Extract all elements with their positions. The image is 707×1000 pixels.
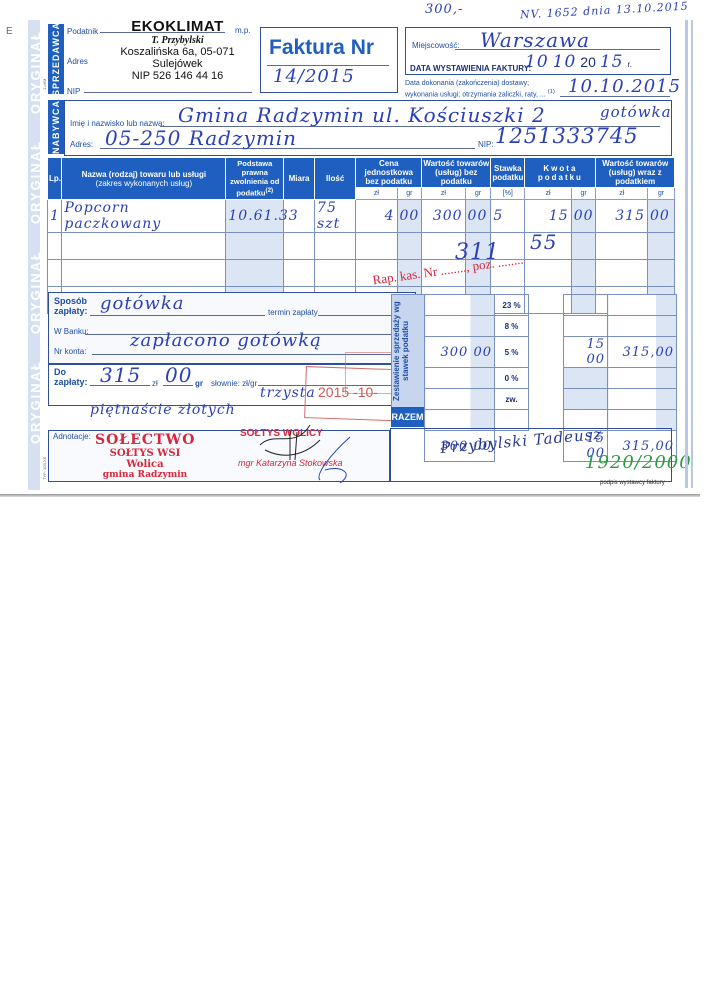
village-stamp: SOŁECTWO SOŁTYS WSI Wolica gmina Radzymi… [95, 432, 195, 480]
top-annotation-ref: NV. 1652 dnia 13.10.2015 [520, 0, 689, 21]
place-field[interactable]: Warszawa [480, 28, 590, 52]
form-code: TYP: 103-XE [42, 420, 47, 480]
col-qty: Ilość [315, 158, 356, 200]
cell-unit-price-gr[interactable]: 00 [397, 200, 422, 233]
issue-date-field[interactable]: 10 10 20 15 r. [525, 52, 632, 72]
issue-month: 10 [553, 52, 577, 72]
issue-year: 15 [600, 52, 624, 72]
buyer-address-label: Adres: [70, 140, 93, 149]
summary-tax[interactable]: 15 00 [564, 337, 608, 368]
cell-lp[interactable]: 1 [48, 200, 62, 233]
right-rule [691, 20, 693, 488]
taxpayer-label: Podatnik [67, 27, 98, 36]
buyer-address-field[interactable]: 05-250 Radzymin [105, 126, 297, 150]
original-label: ORYGINAŁ [28, 140, 43, 224]
cell-gross-gr[interactable] [648, 233, 675, 260]
cash-report-number: 311 [455, 240, 500, 265]
cell-basis[interactable] [226, 233, 284, 260]
col-net-value: Wartość towarów (usług) bez podatku [422, 158, 491, 188]
invoice-sheet: E ORYGINAŁ ORYGINAŁ ORYGINAŁ ORYGINAŁ 1-… [0, 0, 700, 495]
account-field[interactable]: zapłacono gotówką [130, 330, 322, 351]
summary-rate: 8 % [495, 316, 529, 337]
issue-day: 10 [525, 52, 549, 72]
cell-basis[interactable]: 10.61.33 [226, 200, 284, 233]
cell-unit[interactable] [284, 260, 315, 287]
summary-rate: 0 % [495, 368, 529, 389]
summary-gross[interactable] [608, 389, 677, 410]
invoice-title: Faktura Nr [269, 36, 374, 60]
cell-name[interactable] [62, 260, 226, 287]
account-label: Nr konta: [54, 347, 86, 356]
col-tax: Kwota podatku [525, 158, 596, 188]
cell-name[interactable]: Popcorn paczkowany [62, 200, 226, 233]
col-name: Nazwa (rodzaj) towaru lub usługi(zakres … [62, 158, 226, 200]
cell-tax-gr[interactable] [571, 233, 596, 260]
table-row [48, 260, 675, 287]
delivery-date-field[interactable]: 10.10.2015 [568, 76, 681, 97]
summary-side-label: Zestawienie sprzedaży wg stawek podatku [392, 296, 422, 406]
to-pay-zl-field[interactable]: 315 [100, 363, 141, 387]
buyer-nip-field[interactable]: 1251333745 [495, 124, 639, 148]
address-label: Adres [67, 57, 88, 66]
right-rule [685, 20, 688, 488]
annotations-label: Adnotacje: [53, 432, 91, 441]
cell-qty[interactable] [315, 233, 356, 260]
summary-rate: 5 % [495, 337, 529, 368]
original-strip: ORYGINAŁ ORYGINAŁ ORYGINAŁ ORYGINAŁ [28, 20, 40, 490]
col-gross: Wartość towarów (usług) wraz z podatkiem [596, 158, 675, 188]
seller-address: Koszalińska 6a, 05-071 Sulejówek [95, 46, 260, 70]
invoice-number-box: Faktura Nr 14/2015 [260, 27, 398, 93]
cell-tax-zl[interactable]: 15 [525, 200, 571, 233]
col-unit-price: Cena jednostkowa bez podatku [356, 158, 422, 188]
buyer-section-label: NABYWCA [48, 100, 64, 154]
cell-net-gr[interactable]: 00 [465, 200, 491, 233]
summary-rate: zw. [495, 389, 529, 410]
summary-row: 0 % [425, 368, 677, 389]
summary-tax[interactable] [564, 389, 608, 410]
nip-label: NIP [67, 87, 80, 96]
issue-year-prefix: 20 [580, 54, 596, 70]
cell-qty[interactable]: 75 szt [315, 200, 356, 233]
seller-nip: NIP 526 146 44 16 [95, 70, 260, 82]
cell-unit-price-gr[interactable] [397, 233, 422, 260]
cell-gross-gr[interactable]: 00 [648, 200, 675, 233]
col-unit: Miara [284, 158, 315, 200]
original-label: ORYGINAŁ [28, 250, 43, 334]
page-bottom-edge [0, 494, 700, 497]
payment-method-field[interactable]: gotówka [100, 293, 184, 314]
col-basis: Podstawa prawna zwolnienia od podatku(2) [226, 158, 284, 200]
buyer-nip-label: NIP: [478, 140, 494, 149]
cell-basis[interactable] [226, 260, 284, 287]
summary-row: 300 005 %15 00315,00 [425, 337, 677, 368]
issue-date-suffix: r. [628, 60, 632, 69]
cell-qty[interactable] [315, 260, 356, 287]
form-code-top: 1-of/M [42, 30, 47, 90]
summary-gross[interactable]: 315,00 [608, 337, 677, 368]
green-note: 1920/2000 [585, 452, 692, 473]
summary-row: zw. [425, 389, 677, 410]
issuer-signature-label: podpis wystawcy faktury [600, 480, 665, 486]
buyer-signature [310, 435, 360, 485]
col-lp: Lp. [48, 158, 62, 200]
summary-tax[interactable] [564, 316, 608, 337]
issue-date-label: DATA WYSTAWIENIA FAKTURY: [410, 64, 531, 73]
cell-lp[interactable] [48, 260, 62, 287]
cell-lp[interactable] [48, 233, 62, 260]
cell-gross-zl[interactable] [596, 260, 648, 287]
seller-company-name: EKOKLIMAT [95, 18, 260, 35]
seller-owner: T. Przybylski [95, 35, 260, 46]
date-stamp: 2015 -10- [318, 384, 378, 400]
buyer-name-field[interactable]: Gmina Radzymin ul. Kościuszki 2 [178, 103, 546, 127]
to-pay-gr-field[interactable]: 00 [165, 363, 192, 387]
table-row: 1Popcorn paczkowany10.61.3375 szt4003000… [48, 200, 675, 233]
cell-rate[interactable]: 5 [491, 200, 525, 233]
cell-tax-zl[interactable] [525, 260, 571, 287]
cell-gross-zl[interactable] [596, 233, 648, 260]
summary-gross[interactable] [608, 295, 677, 316]
top-annotation-amount: 300,- [425, 2, 463, 17]
summary-tax[interactable] [564, 295, 608, 316]
original-label: ORYGINAŁ [28, 360, 43, 444]
total-label: RAZEM [391, 407, 424, 427]
summary-tax[interactable] [564, 368, 608, 389]
place-label: Miejscowość: [412, 41, 460, 50]
summary-net[interactable] [425, 316, 495, 337]
summary-net[interactable] [425, 368, 495, 389]
table-row [48, 233, 675, 260]
cell-name[interactable] [62, 233, 226, 260]
summary-row: 8 % [425, 316, 677, 337]
cell-unit-price-zl[interactable] [356, 233, 397, 260]
cell-gross-gr[interactable] [648, 260, 675, 287]
to-pay-label: Do zapłaty: [54, 367, 94, 387]
summary-net[interactable] [425, 295, 495, 316]
summary-gross[interactable] [608, 316, 677, 337]
summary-gross[interactable] [608, 368, 677, 389]
cell-gross-zl[interactable]: 315 [596, 200, 648, 233]
buyer-name-note: gotówka [600, 103, 672, 121]
invoice-number[interactable]: 14/2015 [273, 66, 355, 87]
cell-tax-gr[interactable]: 00 [571, 200, 596, 233]
summary-net[interactable] [425, 389, 495, 410]
seller-stamp: EKOKLIMAT T. Przybylski Koszalińska 6a, … [95, 18, 260, 82]
corner-letter: E [6, 26, 13, 37]
due-date-label: termin zapłaty [268, 308, 318, 317]
summary-row: 23 % [425, 295, 677, 316]
cash-report-position: 55 [530, 230, 557, 254]
cell-unit-price-zl[interactable]: 4 [356, 200, 397, 233]
seller-section-label: SPRZEDAWCA [48, 24, 64, 94]
delivery-date-label: Data dokonania (zakończenia) dostawy; wy… [405, 80, 555, 99]
summary-rate: 23 % [495, 295, 529, 316]
cell-unit[interactable] [284, 233, 315, 260]
summary-net[interactable]: 300 00 [425, 337, 495, 368]
bank-label: W Banku: [54, 327, 89, 336]
cell-net-zl[interactable]: 300 [422, 200, 465, 233]
payment-method-label: Sposób zapłaty: [54, 296, 94, 316]
col-rate: Stawka podatku [491, 158, 525, 188]
items-table: Lp. Nazwa (rodzaj) towaru lub usługi(zak… [47, 157, 675, 314]
original-label: ORYGINAŁ [28, 30, 43, 114]
cell-tax-gr[interactable] [571, 260, 596, 287]
